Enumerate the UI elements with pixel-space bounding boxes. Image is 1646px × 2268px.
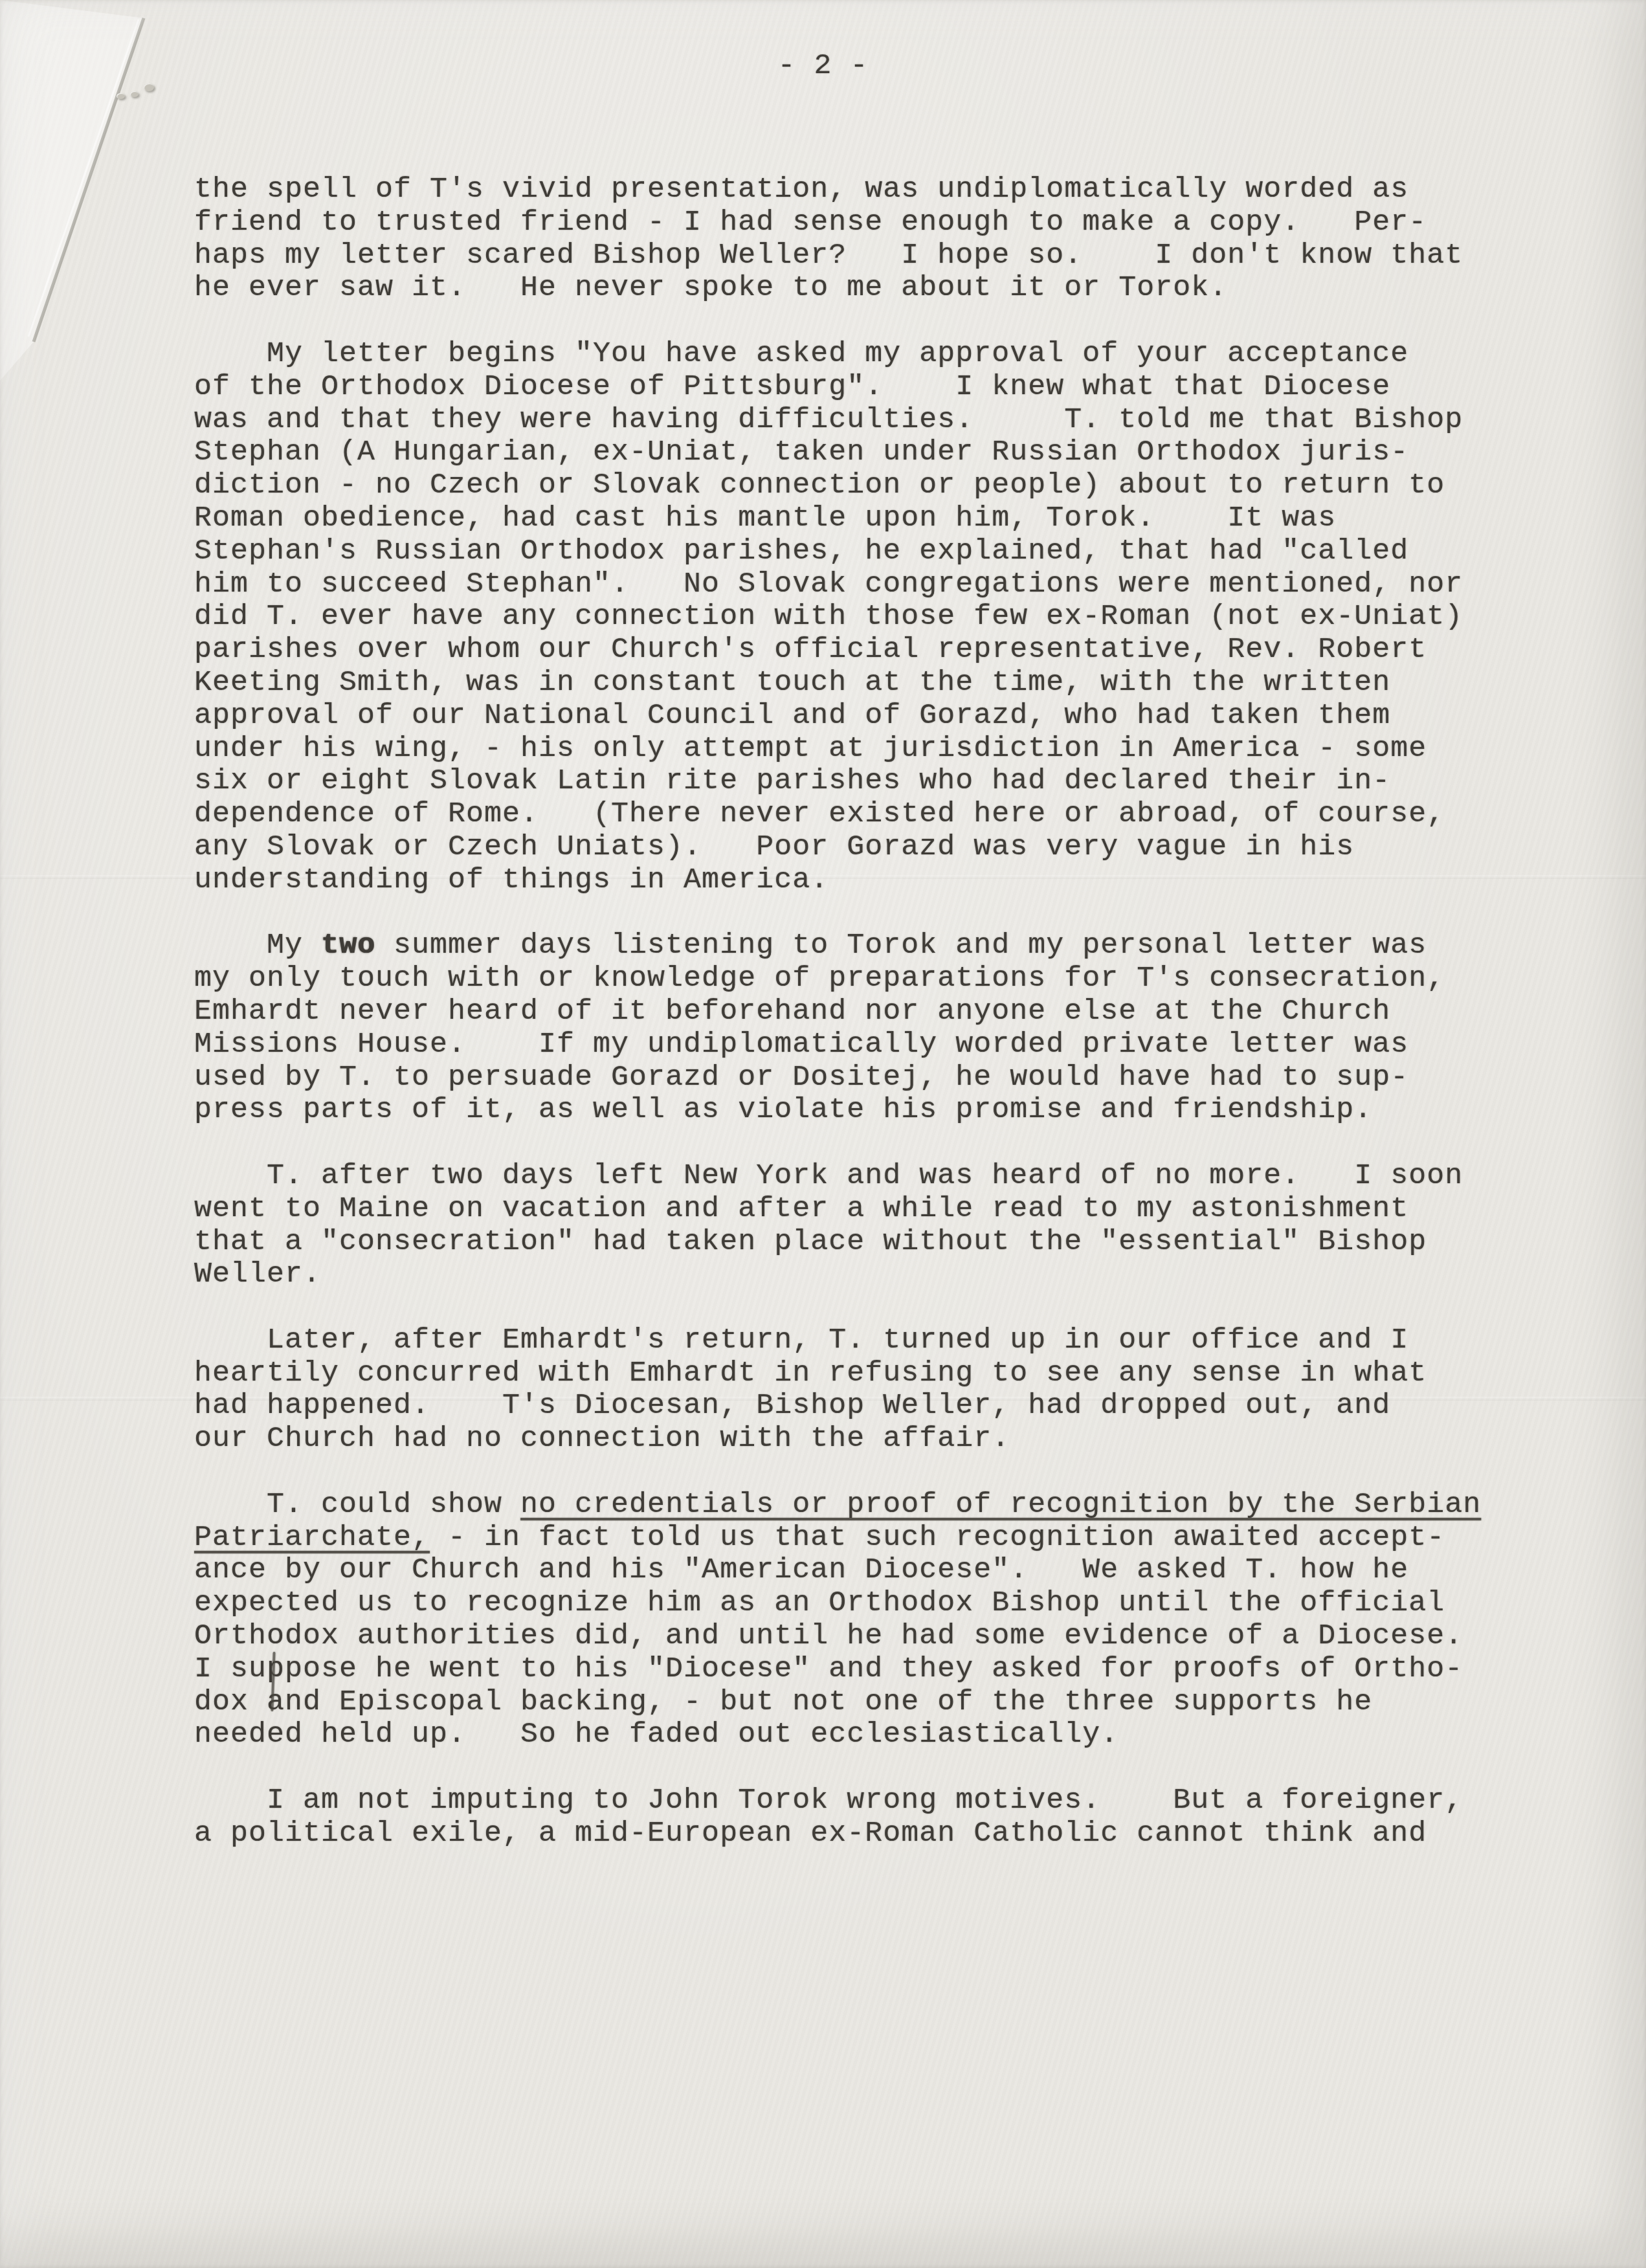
text-line: six or eight Slovak Latin rite parishes …	[194, 765, 1553, 798]
text-line: press parts of it, as well as violate hi…	[194, 1094, 1553, 1127]
text-line: I suppose he went to his "Diocese" and t…	[194, 1653, 1553, 1686]
paragraph: I am not imputing to John Torok wrong mo…	[194, 1784, 1553, 1851]
text-line: the spell of T's vivid presentation, was…	[194, 173, 1553, 206]
text-line: approval of our National Council and of …	[194, 700, 1553, 733]
text-line: dox and Episcopal backing, - but not one…	[194, 1686, 1553, 1719]
text-segment: My	[194, 929, 321, 962]
text-line: friend to trusted friend - I had sense e…	[194, 206, 1553, 239]
text-segment: summer days listening to Torok and my pe…	[375, 929, 1427, 962]
staple-mark	[130, 91, 139, 97]
text-line: My two summer days listening to Torok an…	[194, 929, 1553, 962]
text-line: Patriarchate, - in fact told us that suc…	[194, 1522, 1553, 1555]
text-line: he ever saw it. He never spoke to me abo…	[194, 272, 1553, 305]
text-segment: T. could show	[194, 1488, 520, 1521]
paragraph: T. could show no credentials or proof of…	[194, 1489, 1553, 1751]
text-line: T. could show no credentials or proof of…	[194, 1489, 1553, 1522]
overstruck-text: two	[321, 929, 375, 962]
text-line: did T. ever have any connection with tho…	[194, 601, 1553, 634]
text-line: that a "consecration" had taken place wi…	[194, 1226, 1553, 1259]
paragraph: T. after two days left New York and was …	[194, 1160, 1553, 1291]
staple-mark	[117, 93, 125, 99]
text-line: heartily concurred with Emhardt in refus…	[194, 1357, 1553, 1390]
text-line: my only touch with or knowledge of prepa…	[194, 962, 1553, 995]
text-line: parishes over whom our Church's official…	[194, 634, 1553, 667]
text-line: used by T. to persuade Gorazd or Dositej…	[194, 1062, 1553, 1095]
text-line: ance by our Church and his "American Dio…	[194, 1554, 1553, 1587]
text-line: Emhardt never heard of it beforehand nor…	[194, 995, 1553, 1028]
document-body: the spell of T's vivid presentation, was…	[194, 173, 1553, 1883]
text-segment: - in fact told us that such recognition …	[430, 1521, 1445, 1554]
text-line: needed held up. So he faded out ecclesia…	[194, 1718, 1553, 1751]
staple-mark	[144, 83, 154, 91]
text-line: expected us to recognize him as an Ortho…	[194, 1587, 1553, 1620]
text-line: Missions House. If my undiplomatically w…	[194, 1028, 1553, 1062]
text-line: dependence of Rome. (There never existed…	[194, 798, 1553, 831]
text-line: T. after two days left New York and was …	[194, 1160, 1553, 1193]
document-page: { "page": { "number_label": "- 2 -" }, "…	[0, 0, 1646, 2268]
underlined-text: Patriarchate,	[194, 1521, 430, 1554]
text-line: Later, after Emhardt's return, T. turned…	[194, 1324, 1553, 1357]
text-line: diction - no Czech or Slovak connection …	[194, 469, 1553, 502]
text-line: a political exile, a mid-European ex-Rom…	[194, 1818, 1553, 1851]
text-line: Orthodox authorities did, and until he h…	[194, 1620, 1553, 1653]
paragraph: Later, after Emhardt's return, T. turned…	[194, 1324, 1553, 1456]
text-line: understanding of things in America.	[194, 864, 1553, 897]
text-line: him to succeed Stephan". No Slovak congr…	[194, 568, 1553, 601]
text-line: Roman obedience, had cast his mantle upo…	[194, 502, 1553, 535]
text-line: Keeting Smith, was in constant touch at …	[194, 667, 1553, 700]
text-line: went to Maine on vacation and after a wh…	[194, 1193, 1553, 1226]
text-line: Stephan (A Hungarian, ex-Uniat, taken un…	[194, 436, 1553, 469]
text-line: any Slovak or Czech Uniats). Poor Gorazd…	[194, 831, 1553, 864]
paragraph: My two summer days listening to Torok an…	[194, 929, 1553, 1127]
paragraph: My letter begins "You have asked my appr…	[194, 338, 1553, 897]
paragraph: the spell of T's vivid presentation, was…	[194, 173, 1553, 305]
underlined-text: no credentials or proof of recognition b…	[520, 1488, 1481, 1521]
text-line: Stephan's Russian Orthodox parishes, he …	[194, 535, 1553, 568]
text-line: I am not imputing to John Torok wrong mo…	[194, 1784, 1553, 1818]
text-line: of the Orthodox Diocese of Pittsburg". I…	[194, 371, 1553, 404]
text-line: haps my letter scared Bishop Weller? I h…	[194, 239, 1553, 272]
page-number: - 2 -	[0, 49, 1646, 82]
text-line: My letter begins "You have asked my appr…	[194, 338, 1553, 371]
text-line: our Church had no connection with the af…	[194, 1423, 1553, 1456]
text-line: under his wing, - his only attempt at ju…	[194, 733, 1553, 766]
text-line: was and that they were having difficulti…	[194, 404, 1553, 437]
text-line: Weller.	[194, 1258, 1553, 1291]
text-line: had happened. T's Diocesan, Bishop Welle…	[194, 1390, 1553, 1423]
